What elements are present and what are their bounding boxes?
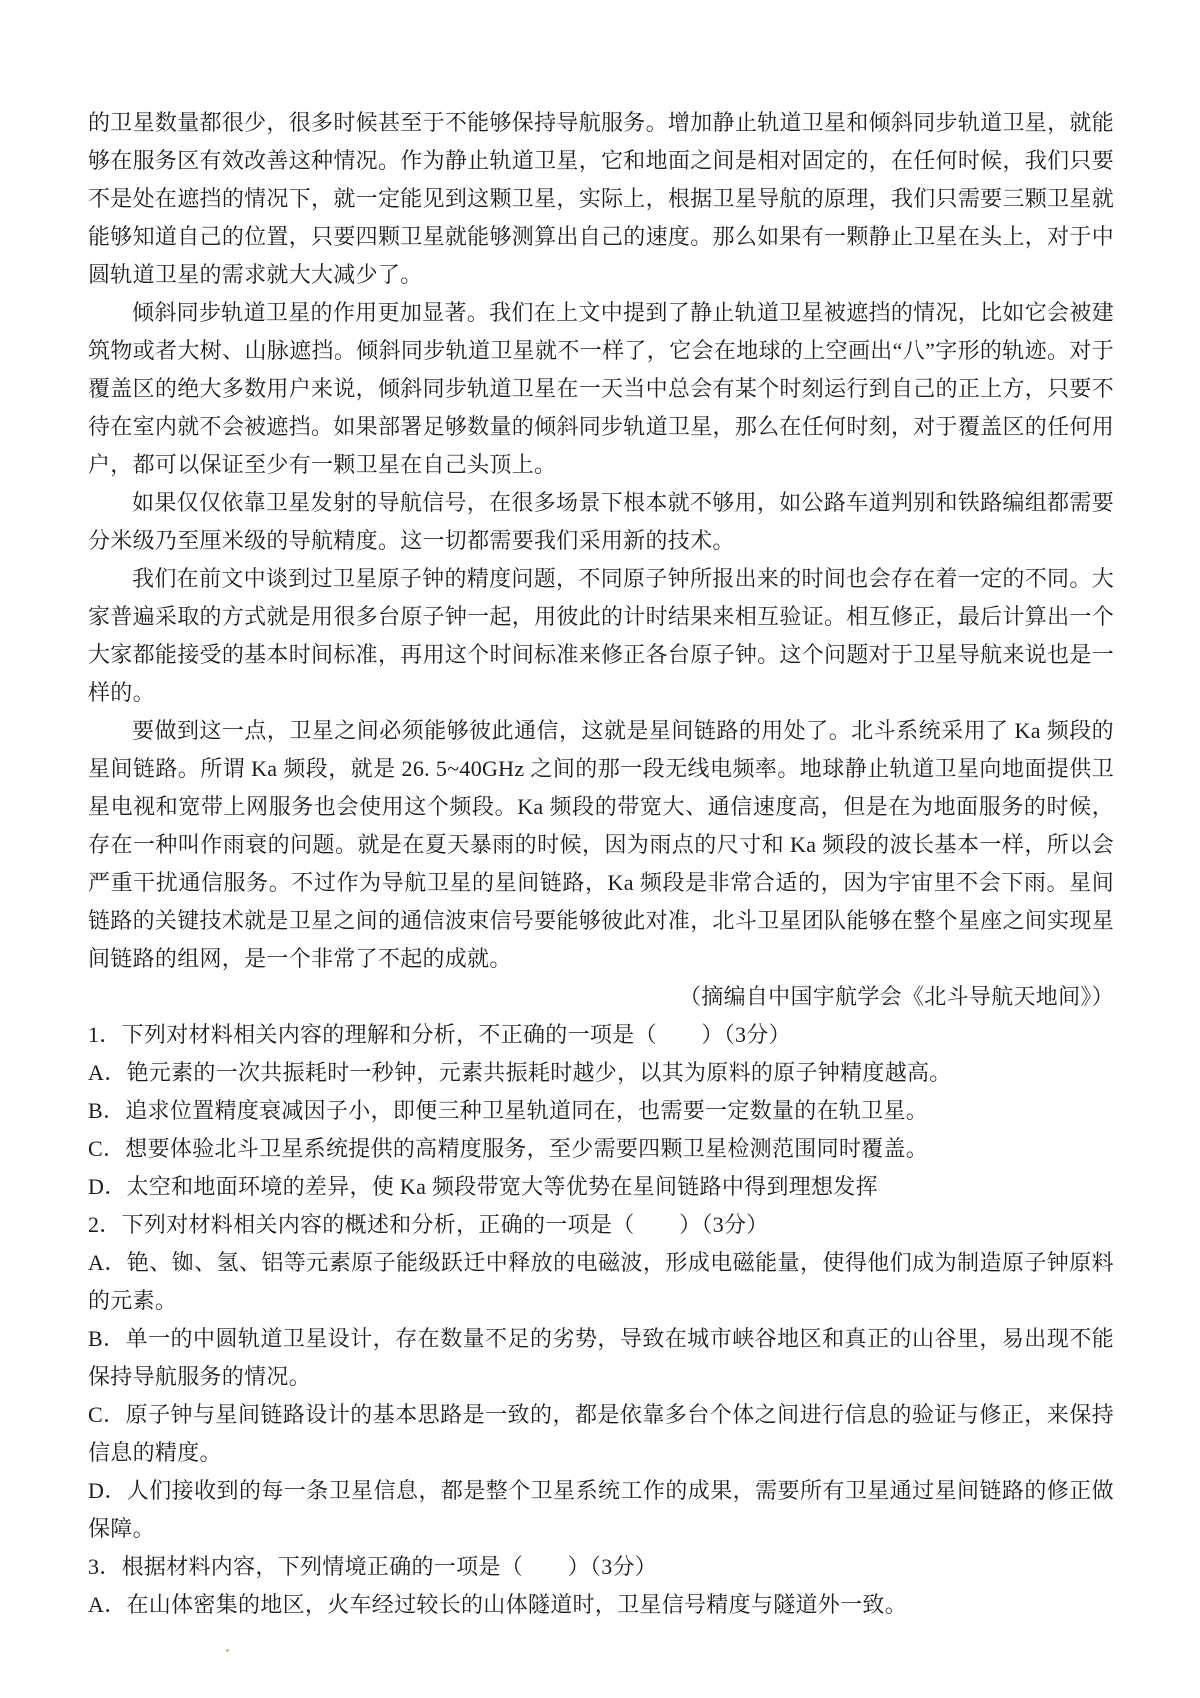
question-stem: 2．下列对材料相关内容的概述和分析，正确的一项是（ ）（3分） — [88, 1206, 1114, 1244]
passage-paragraph: 如果仅仅依靠卫星发射的导航信号，在很多场景下根本就不够用，如公路车道判别和铁路编… — [88, 484, 1114, 560]
passage-paragraph: 倾斜同步轨道卫星的作用更加显著。我们在上文中提到了静止轨道卫星被遮挡的情况，比如… — [88, 294, 1114, 484]
question-option: C．原子钟与星间链路设计的基本思路是一致的，都是依靠多台个体之间进行信息的验证与… — [88, 1396, 1114, 1472]
questions: 1．下列对材料相关内容的理解和分析，不正确的一项是（ ）（3分）A．铯元素的一次… — [88, 1016, 1114, 1624]
page-content: 的卫星数量都很少，很多时候甚至于不能够保持导航服务。增加静止轨道卫星和倾斜同步轨… — [88, 104, 1114, 1624]
question-stem: 3．根据材料内容，下列情境正确的一项是（ ）（3分） — [88, 1548, 1114, 1586]
question-option: D．人们接收到的每一条卫星信息，都是整个卫星系统工作的成果，需要所有卫星通过星间… — [88, 1472, 1114, 1548]
question-option: A．铯元素的一次共振耗时一秒钟，元素共振耗时越少，以其为原料的原子钟精度越高。 — [88, 1054, 1114, 1092]
question-option: A．在山体密集的地区，火车经过较长的山体隧道时，卫星信号精度与隧道外一致。 — [88, 1586, 1114, 1624]
question-stem: 1．下列对材料相关内容的理解和分析，不正确的一项是（ ）（3分） — [88, 1016, 1114, 1054]
passage-paragraph: 要做到这一点，卫星之间必须能够彼此通信，这就是星间链路的用处了。北斗系统采用了 … — [88, 712, 1114, 978]
question-option: B．追求位置精度衰减因子小，即便三种卫星轨道同在，也需要一定数量的在轨卫星。 — [88, 1092, 1114, 1130]
passage-attribution: （摘编自中国宇航学会《北斗导航天地间》） — [88, 978, 1114, 1016]
passage-paragraph: 我们在前文中谈到过卫星原子钟的精度问题，不同原子钟所报出来的时间也会存在着一定的… — [88, 560, 1114, 712]
reading-passage: 的卫星数量都很少，很多时候甚至于不能够保持导航服务。增加静止轨道卫星和倾斜同步轨… — [88, 104, 1114, 1016]
exam-page: 的卫星数量都很少，很多时候甚至于不能够保持导航服务。增加静止轨道卫星和倾斜同步轨… — [0, 0, 1200, 1698]
question-option: C．想要体验北斗卫星系统提供的高精度服务，至少需要四颗卫星检测范围同时覆盖。 — [88, 1130, 1114, 1168]
question-option: D．太空和地面环境的差异，使 Ka 频段带宽大等优势在星间链路中得到理想发挥 — [88, 1168, 1114, 1206]
scan-speck-artifact — [226, 1649, 229, 1652]
question-option: A．铯、铷、氢、铝等元素原子能级跃迁中释放的电磁波，形成电磁能量，使得他们成为制… — [88, 1244, 1114, 1320]
question-option: B．单一的中圆轨道卫星设计，存在数量不足的劣势，导致在城市峡谷地区和真正的山谷里… — [88, 1320, 1114, 1396]
passage-paragraph: 的卫星数量都很少，很多时候甚至于不能够保持导航服务。增加静止轨道卫星和倾斜同步轨… — [88, 104, 1114, 294]
